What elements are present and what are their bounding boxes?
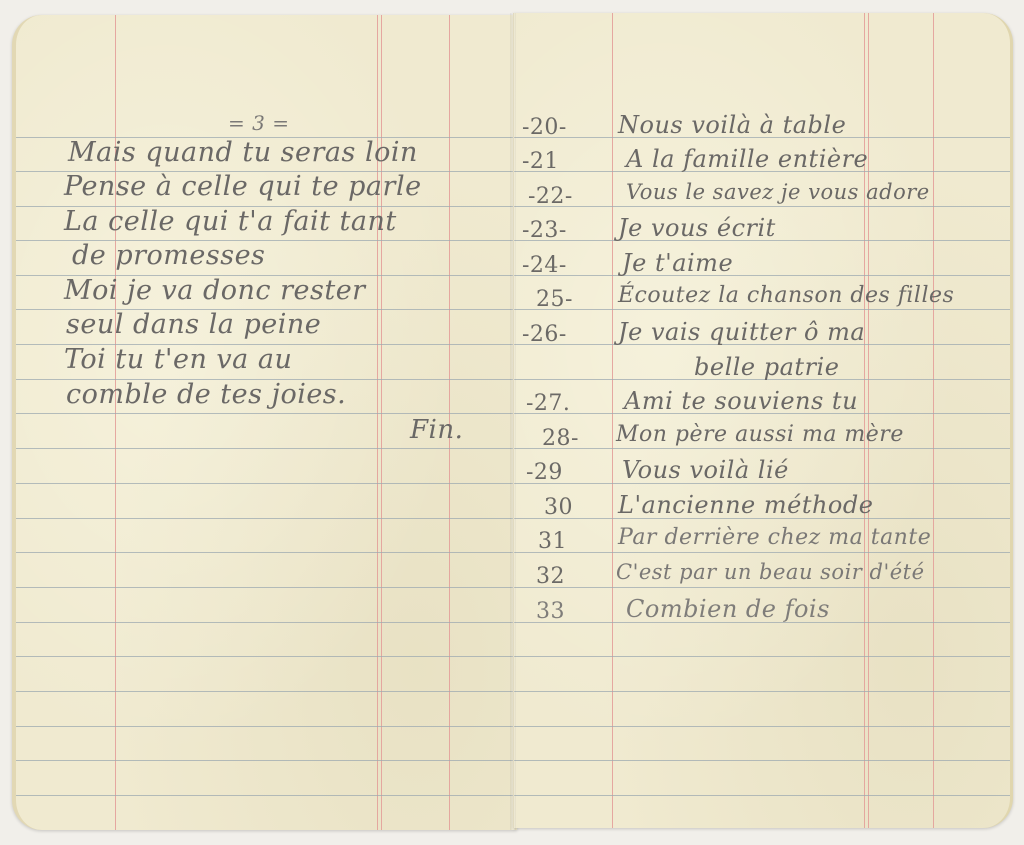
entry-number: 32 [536,564,565,589]
entry-title: Nous voilà à table [618,111,846,139]
poem-line: Mais quand tu seras loin [68,137,418,168]
poem-line: seul dans la peine [66,309,321,340]
entry-number: 33 [536,599,565,624]
margin-line [612,13,613,828]
ruled-line [16,413,517,414]
margin-line [868,13,869,828]
entry-title: Par derrière chez ma tante [618,525,931,550]
ruled-line [16,518,517,519]
entry-title: L'ancienne méthode [618,491,873,519]
ruled-line [514,726,1010,727]
ruled-line [16,552,517,553]
ruled-line [16,656,517,657]
entry-title: Je t'aime [622,249,733,277]
ruled-line [16,726,517,727]
poem-line: Pense à celle qui te parle [64,171,422,202]
margin-line [864,13,865,828]
entry-title: Je vais quitter ô ma [618,318,865,346]
entry-number: 30 [544,495,573,520]
entry-title: Combien de fois [626,595,830,623]
ruled-line [514,275,1010,276]
margin-line [933,13,934,828]
entry-title: Je vous écrit [618,214,776,242]
poem-line: La celle qui t'a fait tant [64,206,397,237]
notebook-spread: = 3 = Mais quand tu seras loin Pense à c… [0,0,1024,845]
entry-title: Mon père aussi ma mère [616,422,904,447]
entry-title: A la famille entière [626,145,868,173]
page-heading: = 3 = [228,111,289,135]
entry-number: 28- [542,426,579,451]
ruled-line [16,795,517,796]
ruled-line [16,448,517,449]
ruled-line [514,448,1010,449]
ruled-line [514,656,1010,657]
entry-title-continued: belle patrie [694,353,839,381]
left-page: = 3 = Mais quand tu seras loin Pense à c… [12,15,517,830]
ruled-line [514,309,1010,310]
ruled-line [514,691,1010,692]
entry-number: 25- [536,287,573,312]
entry-number: -24- [522,253,567,278]
ruled-line [16,760,517,761]
entry-number: -23- [522,218,567,243]
entry-title: C'est par un beau soir d'été [616,560,925,584]
ruled-line [16,691,517,692]
entry-title: Vous voilà lié [622,456,789,484]
entry-number: -26- [522,322,567,347]
entry-number: -29 [526,460,563,485]
closing-word: Fin. [410,415,463,445]
ruled-line [514,760,1010,761]
ruled-line [514,795,1010,796]
ruled-line [16,622,517,623]
ruled-line [514,587,1010,588]
entry-number: 31 [538,529,567,554]
poem-line: comble de tes joies. [66,379,346,410]
binding-gutter [510,13,516,830]
entry-number: -22- [528,184,573,209]
entry-number: -20- [522,115,567,140]
entry-number: -21 [522,149,559,174]
ruled-line [514,206,1010,207]
entry-title: Ami te souviens tu [624,387,858,415]
entry-title: Écoutez la chanson des filles [618,283,954,308]
ruled-line [514,552,1010,553]
entry-number: -27. [526,391,570,416]
poem-line: de promesses [72,240,265,271]
right-page: -20- Nous voilà à table -21 A la famille… [513,13,1013,828]
poem-line: Toi tu t'en va au [64,344,292,375]
poem-line: Moi je va donc rester [64,275,366,306]
ruled-line [16,483,517,484]
entry-title: Vous le savez je vous adore [626,180,930,204]
ruled-line [16,587,517,588]
